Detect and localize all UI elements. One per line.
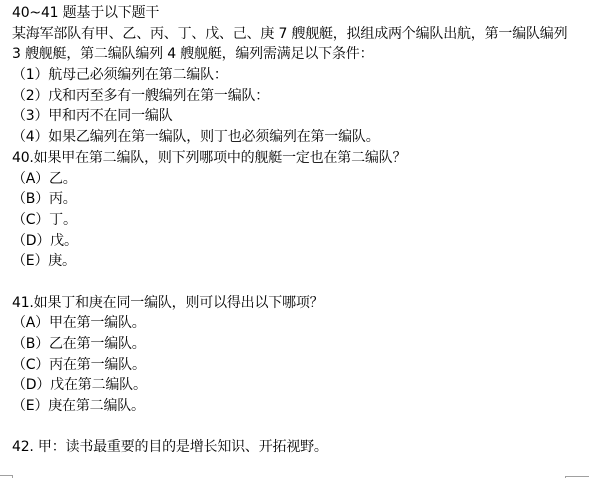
question-41: 41.如果丁和庚在同一编队，则可以得出以下哪项？ （A）甲在第一编队。 （B）乙… bbox=[12, 293, 592, 417]
question-40: 40.如果甲在第二编队，则下列哪项中的舰艇一定也在第二编队？ （A）乙。 （B）… bbox=[12, 148, 592, 272]
option-a: （A）乙。 bbox=[12, 169, 592, 190]
option-d: （D）戊在第二编队。 bbox=[12, 375, 592, 396]
option-a: （A）甲在第一编队。 bbox=[12, 313, 592, 334]
condition-item: （2）戊和丙至多有一艘编列在第一编队： bbox=[12, 86, 592, 107]
question-text: 41.如果丁和庚在同一编队，则可以得出以下哪项？ bbox=[12, 293, 592, 314]
stem-line-2: 3 艘舰艇，第二编队编列 4 艘舰艇，编列需满足以下条件： bbox=[12, 44, 592, 65]
option-c: （C）丙在第一编队。 bbox=[12, 355, 592, 376]
question-text: 42. 甲：读书最重要的目的是增长知识、开拓视野。 bbox=[12, 437, 592, 458]
section-heading: 40~41 题基于以下题干 bbox=[12, 3, 592, 24]
condition-item: （3）甲和丙不在同一编队 bbox=[12, 106, 592, 127]
option-b: （B）丙。 bbox=[12, 189, 592, 210]
question-42: 42. 甲：读书最重要的目的是增长知识、开拓视野。 bbox=[12, 437, 592, 458]
condition-item: （4）如果乙编列在第一编队，则丁也必须编列在第一编队。 bbox=[12, 127, 592, 148]
option-d: （D）戊。 bbox=[12, 231, 592, 252]
spacer bbox=[12, 417, 592, 438]
option-b: （B）乙在第一编队。 bbox=[12, 334, 592, 355]
spacer bbox=[12, 272, 592, 293]
conditions-list: （1）航母己必须编列在第二编队： （2）戊和丙至多有一艘编列在第一编队： （3）… bbox=[12, 65, 592, 148]
option-e: （E）庚在第二编队。 bbox=[12, 396, 592, 417]
page-corner-mark-right bbox=[565, 476, 589, 477]
option-c: （C）丁。 bbox=[12, 210, 592, 231]
option-e: （E）庚。 bbox=[12, 251, 592, 272]
document-body: 40~41 题基于以下题干 某海军部队有甲、乙、丙、丁、戊、己、庚 7 艘舰艇，… bbox=[12, 3, 592, 458]
stem-line-1: 某海军部队有甲、乙、丙、丁、戊、己、庚 7 艘舰艇，拟组成两个编队出航，第一编队… bbox=[12, 24, 592, 45]
question-text: 40.如果甲在第二编队，则下列哪项中的舰艇一定也在第二编队？ bbox=[12, 148, 592, 169]
condition-item: （1）航母己必须编列在第二编队： bbox=[12, 65, 592, 86]
